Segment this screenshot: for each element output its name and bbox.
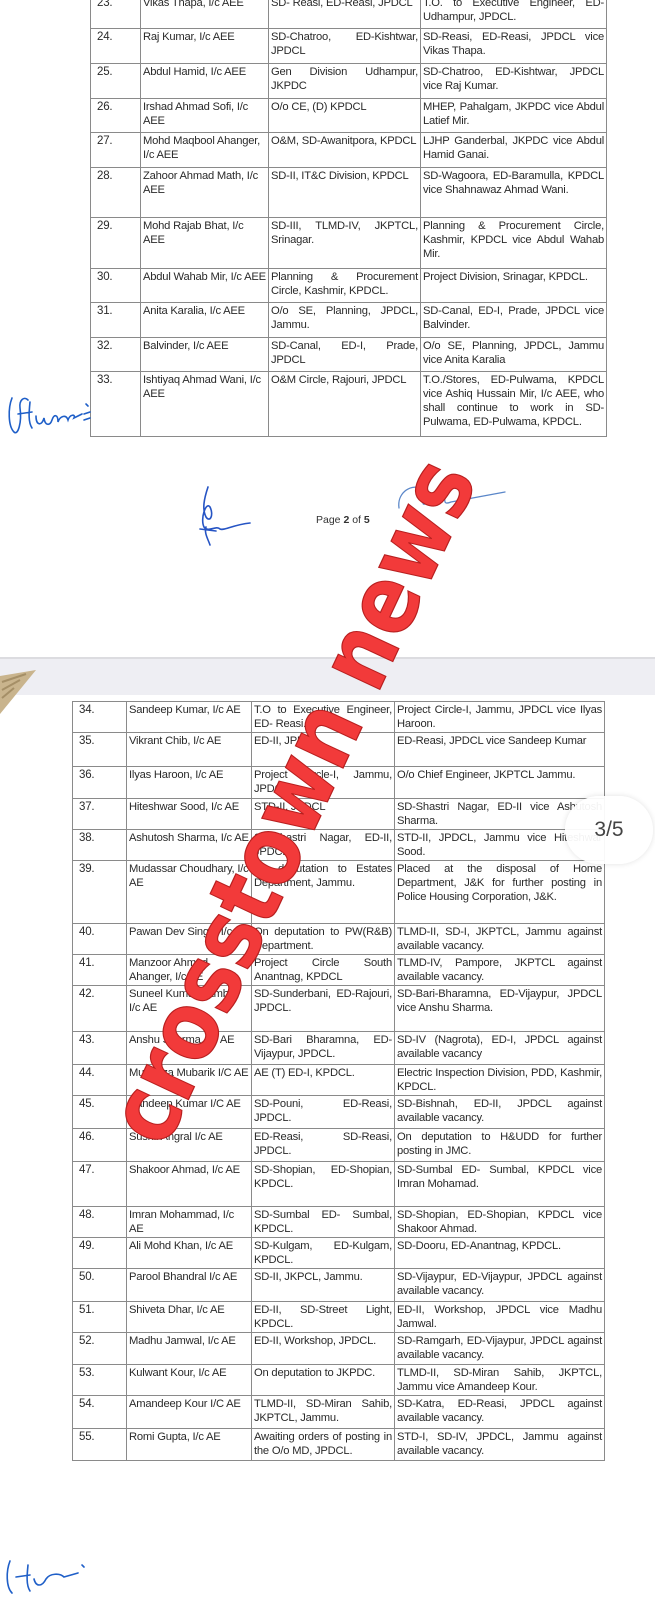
officer-name-cell: Abdul Wahab Mir, I/c AEE <box>141 269 269 303</box>
new-posting-cell: T.O. to Executive Engineer, ED-Udhampur,… <box>421 0 607 29</box>
present-posting-cell: On deputation to Estates Department, Jam… <box>252 861 395 924</box>
table-row: 31.Anita Karalia, I/c AEEO/o SE, Plannin… <box>91 303 607 338</box>
present-posting-cell: ED-Reasi, SD-Reasi, JPDCL. <box>252 1129 395 1162</box>
table-row: 30.Abdul Wahab Mir, I/c AEEPlanning & Pr… <box>91 269 607 303</box>
present-posting-cell: O&M Circle, Rajouri, JPDCL <box>269 372 421 437</box>
officer-name-cell: Romi Gupta, I/c AE <box>127 1429 252 1461</box>
serial-number-cell: 28. <box>91 168 141 218</box>
present-posting-cell: O/o CE, (D) KPDCL <box>269 99 421 133</box>
serial-number-cell: 40. <box>73 924 127 955</box>
new-posting-cell: SD-Vijaypur, ED-Vijaypur, JPDCL against … <box>395 1269 605 1302</box>
new-posting-cell: ED-Reasi, JPDCL vice Sandeep Kumar <box>395 733 605 767</box>
officer-name-cell: Raj Kumar, I/c AEE <box>141 29 269 64</box>
new-posting-cell: MHEP, Pahalgam, JKPDC vice Abdul Latief … <box>421 99 607 133</box>
handwritten-initials-bottom-icon <box>2 1557 92 1597</box>
table-row: 32.Balvinder, I/c AEESD-Canal, ED-I, Pra… <box>91 338 607 372</box>
table-row: 27.Mohd Maqbool Ahanger, I/c AEEO&M, SD-… <box>91 133 607 168</box>
serial-number-cell: 29. <box>91 218 141 269</box>
officer-name-cell: Manzoor Ahmad Ahanger, I/c AE <box>127 955 252 986</box>
serial-number-cell: 35. <box>73 733 127 767</box>
present-posting-cell: Gen Division Udhampur, JKPDC <box>269 64 421 99</box>
serial-number-cell: 33. <box>91 372 141 437</box>
new-posting-cell: SD-Katra, ED-Reasi, JPDCL against availa… <box>395 1396 605 1429</box>
new-posting-cell: Planning & Procurement Circle, Kashmir, … <box>421 218 607 269</box>
serial-number-cell: 50. <box>73 1269 127 1302</box>
new-posting-cell: STD-I, SD-IV, JPDCL, Jammu against avail… <box>395 1429 605 1461</box>
officer-name-cell: Balvinder, I/c AEE <box>141 338 269 372</box>
new-posting-cell: LJHP Ganderbal, JKPDC vice Abdul Hamid G… <box>421 133 607 168</box>
serial-number-cell: 46. <box>73 1129 127 1162</box>
new-posting-cell: SD-Bishnah, ED-II, JPDCL against availab… <box>395 1096 605 1129</box>
officer-name-cell: Irshad Ahmad Sofi, I/c AEE <box>141 99 269 133</box>
table-row: 45.Sandeep Kumar I/C AESD-Pouni, ED-Reas… <box>73 1096 605 1129</box>
present-posting-cell: SD-Sunderbani, ED-Rajouri, JPDCL. <box>252 986 395 1032</box>
present-posting-cell: T.O to Executive Engineer, ED- Reasi. <box>252 702 395 733</box>
present-posting-cell: On deputation to JKPDC. <box>252 1365 395 1396</box>
new-posting-cell: SD-Bari-Bharamna, ED-Vijaypur, JPDCL vic… <box>395 986 605 1032</box>
present-posting-cell: On deputation to PW(R&B) Department. <box>252 924 395 955</box>
serial-number-cell: 55. <box>73 1429 127 1461</box>
background-object-icon <box>0 670 36 720</box>
serial-number-cell: 38. <box>73 830 127 861</box>
transfer-table-page-2: 23.Vikas Thapa, I/c AEESD- Reasi, ED-Rea… <box>90 0 607 437</box>
table-row: 33.Ishtiyaq Ahmad Wani, I/c AEEO&M Circl… <box>91 372 607 437</box>
table-row: 42.Suneel Kumar Bamba, I/c AESD-Sunderba… <box>73 986 605 1032</box>
serial-number-cell: 53. <box>73 1365 127 1396</box>
table-row: 44.Munnaza Mubarik I/C AEAE (T) ED-I, KP… <box>73 1065 605 1096</box>
officer-name-cell: Anshu Sharma, I/c AE <box>127 1032 252 1065</box>
present-posting-cell: O&M, SD-Awanitpora, KPDCL <box>269 133 421 168</box>
serial-number-cell: 47. <box>73 1162 127 1207</box>
new-posting-cell: Project Circle-I, Jammu, JPDCL vice Ilya… <box>395 702 605 733</box>
serial-number-cell: 27. <box>91 133 141 168</box>
officer-name-cell: Munnaza Mubarik I/C AE <box>127 1065 252 1096</box>
officer-name-cell: Parool Bhandral I/c AE <box>127 1269 252 1302</box>
new-posting-cell: Placed at the disposal of Home Departmen… <box>395 861 605 924</box>
serial-number-cell: 42. <box>73 986 127 1032</box>
serial-number-cell: 25. <box>91 64 141 99</box>
officer-name-cell: Hiteshwar Sood, I/c AE <box>127 799 252 830</box>
transfer-table-page-3: 34.Sandeep Kumar, I/c AET.O to Executive… <box>72 701 605 1461</box>
table-row: 25.Abdul Hamid, I/c AEEGen Division Udha… <box>91 64 607 99</box>
present-posting-cell: SD-Kulgam, ED-Kulgam, KPDCL. <box>252 1238 395 1269</box>
officer-name-cell: Imran Mohammad, I/c AE <box>127 1207 252 1238</box>
officer-name-cell: Zahoor Ahmad Math, I/c AEE <box>141 168 269 218</box>
new-posting-cell: TLMD-IV, Pampore, JKPTCL against availab… <box>395 955 605 986</box>
officer-name-cell: Sandeep Kumar I/C AE <box>127 1096 252 1129</box>
page-indicator-badge: 3/5 <box>565 796 653 864</box>
officer-name-cell: Amandeep Kour I/C AE <box>127 1396 252 1429</box>
table-row: 40.Pawan Dev Singh, I/c AEOn deputation … <box>73 924 605 955</box>
serial-number-cell: 26. <box>91 99 141 133</box>
table-row: 55.Romi Gupta, I/c AEAwaiting orders of … <box>73 1429 605 1461</box>
new-posting-cell: O/o SE, Planning, JPDCL, Jammu vice Anit… <box>421 338 607 372</box>
new-posting-cell: Electric Inspection Division, PDD, Kashm… <box>395 1065 605 1096</box>
serial-number-cell: 51. <box>73 1302 127 1333</box>
page-footer: Page 2 of 5 <box>316 514 370 526</box>
page-separator <box>0 657 655 697</box>
serial-number-cell: 52. <box>73 1333 127 1365</box>
present-posting-cell: SD-Pouni, ED-Reasi, JPDCL. <box>252 1096 395 1129</box>
officer-name-cell: Pawan Dev Singh, I/c AE <box>127 924 252 955</box>
present-posting-cell: SD-Sumbal ED- Sumbal, KPDCL. <box>252 1207 395 1238</box>
table-row: 24.Raj Kumar, I/c AEESD-Chatroo, ED-Kish… <box>91 29 607 64</box>
present-posting-cell: SD-Bari Bharamna, ED-Vijaypur, JPDCL. <box>252 1032 395 1065</box>
present-posting-cell: SD-Chatroo, ED-Kishtwar, JPDCL <box>269 29 421 64</box>
footer-of: of <box>349 514 364 526</box>
table-row: 41.Manzoor Ahmad Ahanger, I/c AEProject … <box>73 955 605 986</box>
officer-name-cell: Mohd Maqbool Ahanger, I/c AEE <box>141 133 269 168</box>
footer-prefix: Page <box>316 514 343 526</box>
officer-name-cell: Abdul Hamid, I/c AEE <box>141 64 269 99</box>
serial-number-cell: 37. <box>73 799 127 830</box>
table-row: 35.Vikrant Chib, I/c AEED-II, JPDCLED-Re… <box>73 733 605 767</box>
present-posting-cell: SD-II, JKPCL, Jammu. <box>252 1269 395 1302</box>
officer-name-cell: Ashutosh Sharma, I/c AE <box>127 830 252 861</box>
present-posting-cell: Project Circle-I, Jammu, JPDCL <box>252 767 395 799</box>
officer-name-cell: Mohd Rajab Bhat, I/c AEE <box>141 218 269 269</box>
table-row: 53.Kulwant Kour, I/c AEOn deputation to … <box>73 1365 605 1396</box>
present-posting-cell: SD-Canal, ED-I, Prade, JPDCL <box>269 338 421 372</box>
present-posting-cell: SD-Shopian, ED-Shopian, KPDCL. <box>252 1162 395 1207</box>
new-posting-cell: SD-Wagoora, ED-Baramulla, KPDCL vice Sha… <box>421 168 607 218</box>
new-posting-cell: TLMD-II, SD-Miran Sahib, JKPTCL, Jammu v… <box>395 1365 605 1396</box>
officer-name-cell: Kulwant Kour, I/c AE <box>127 1365 252 1396</box>
serial-number-cell: 34. <box>73 702 127 733</box>
officer-name-cell: Shiveta Dhar, I/c AE <box>127 1302 252 1333</box>
table-row: 38.Ashutosh Sharma, I/c AESD-Shastri Nag… <box>73 830 605 861</box>
new-posting-cell: SD-Dooru, ED-Anantnag, KPDCL. <box>395 1238 605 1269</box>
table-row: 34.Sandeep Kumar, I/c AET.O to Executive… <box>73 702 605 733</box>
officer-name-cell: Shakoor Ahmad, I/c AE <box>127 1162 252 1207</box>
new-posting-cell: SD-Canal, ED-I, Prade, JPDCL vice Balvin… <box>421 303 607 338</box>
new-posting-cell: T.O./Stores, ED-Pulwama, KPDCL vice Ashi… <box>421 372 607 437</box>
serial-number-cell: 49. <box>73 1238 127 1269</box>
new-posting-cell: SD-Ramgarh, ED-Vijaypur, JPDCL against a… <box>395 1333 605 1365</box>
serial-number-cell: 23. <box>91 0 141 29</box>
table-row: 49.Ali Mohd Khan, I/c AESD-Kulgam, ED-Ku… <box>73 1238 605 1269</box>
table-row: 54.Amandeep Kour I/C AETLMD-II, SD-Miran… <box>73 1396 605 1429</box>
officer-name-cell: Sandeep Kumar, I/c AE <box>127 702 252 733</box>
serial-number-cell: 45. <box>73 1096 127 1129</box>
present-posting-cell: ED-II, Workshop, JPDCL. <box>252 1333 395 1365</box>
new-posting-cell: SD-IV (Nagrota), ED-I, JPDCL against ava… <box>395 1032 605 1065</box>
officer-name-cell: Anita Karalia, I/c AEE <box>141 303 269 338</box>
serial-number-cell: 24. <box>91 29 141 64</box>
serial-number-cell: 31. <box>91 303 141 338</box>
table-row: 50.Parool Bhandral I/c AESD-II, JKPCL, J… <box>73 1269 605 1302</box>
officer-name-cell: Ali Mohd Khan, I/c AE <box>127 1238 252 1269</box>
present-posting-cell: TLMD-II, SD-Miran Sahib, JKPTCL, Jammu. <box>252 1396 395 1429</box>
document-page-3: 34.Sandeep Kumar, I/c AET.O to Executive… <box>0 695 655 1600</box>
serial-number-cell: 44. <box>73 1065 127 1096</box>
serial-number-cell: 43. <box>73 1032 127 1065</box>
footer-total-pages: 5 <box>364 514 370 526</box>
serial-number-cell: 48. <box>73 1207 127 1238</box>
table-row: 37.Hiteshwar Sood, I/c AESTD-II, JPDCLSD… <box>73 799 605 830</box>
new-posting-cell: ED-II, Workshop, JPDCL vice Madhu Jamwal… <box>395 1302 605 1333</box>
table-row: 47.Shakoor Ahmad, I/c AESD-Shopian, ED-S… <box>73 1162 605 1207</box>
serial-number-cell: 32. <box>91 338 141 372</box>
new-posting-cell: TLMD-II, SD-I, JKPTCL, Jammu against ava… <box>395 924 605 955</box>
table-row: 36.Ilyas Haroon, I/c AEProject Circle-I,… <box>73 767 605 799</box>
present-posting-cell: SD-II, IT&C Division, KPDCL <box>269 168 421 218</box>
present-posting-cell: Project Circle South Anantnag, KPDCL <box>252 955 395 986</box>
present-posting-cell: SD- Reasi, ED-Reasi, JPDCL <box>269 0 421 29</box>
present-posting-cell: AE (T) ED-I, KPDCL. <box>252 1065 395 1096</box>
document-page-2: 23.Vikas Thapa, I/c AEESD- Reasi, ED-Rea… <box>0 0 655 657</box>
table-row: 29.Mohd Rajab Bhat, I/c AEESD-III, TLMD-… <box>91 218 607 269</box>
present-posting-cell: STD-II, JPDCL <box>252 799 395 830</box>
table-row: 46.Sushil Angral I/c AEED-Reasi, SD-Reas… <box>73 1129 605 1162</box>
present-posting-cell: Planning & Procurement Circle, Kashmir, … <box>269 269 421 303</box>
officer-name-cell: Vikas Thapa, I/c AEE <box>141 0 269 29</box>
officer-name-cell: Mudassar Choudhary, I/c AE <box>127 861 252 924</box>
serial-number-cell: 54. <box>73 1396 127 1429</box>
officer-signature-icon <box>190 485 260 547</box>
table-row: 28.Zahoor Ahmad Math, I/c AEESD-II, IT&C… <box>91 168 607 218</box>
serial-number-cell: 39. <box>73 861 127 924</box>
serial-number-cell: 36. <box>73 767 127 799</box>
table-row: 26.Irshad Ahmad Sofi, I/c AEEO/o CE, (D)… <box>91 99 607 133</box>
table-row: 51.Shiveta Dhar, I/c AEED-II, SD-Street … <box>73 1302 605 1333</box>
new-posting-cell: O/o Chief Engineer, JKPTCL Jammu. <box>395 767 605 799</box>
new-posting-cell: SD-Shopian, ED-Shopian, KPDCL vice Shako… <box>395 1207 605 1238</box>
table-row: 43.Anshu Sharma, I/c AESD-Bari Bharamna,… <box>73 1032 605 1065</box>
present-posting-cell: O/o SE, Planning, JPDCL, Jammu. <box>269 303 421 338</box>
present-posting-cell: ED-II, SD-Street Light, KPDCL. <box>252 1302 395 1333</box>
new-posting-cell: On deputation to H&UDD for further posti… <box>395 1129 605 1162</box>
officer-name-cell: Suneel Kumar Bamba, I/c AE <box>127 986 252 1032</box>
officer-name-cell: Ilyas Haroon, I/c AE <box>127 767 252 799</box>
present-posting-cell: Awaiting orders of posting in the O/o MD… <box>252 1429 395 1461</box>
table-row: 23.Vikas Thapa, I/c AEESD- Reasi, ED-Rea… <box>91 0 607 29</box>
table-row: 48.Imran Mohammad, I/c AESD-Sumbal ED- S… <box>73 1207 605 1238</box>
new-posting-cell: SD-Reasi, ED-Reasi, JPDCL vice Vikas Tha… <box>421 29 607 64</box>
present-posting-cell: ED-II, JPDCL <box>252 733 395 767</box>
present-posting-cell: SD-III, TLMD-IV, JKPTCL, Srinagar. <box>269 218 421 269</box>
officer-name-cell: Sushil Angral I/c AE <box>127 1129 252 1162</box>
table-row: 39.Mudassar Choudhary, I/c AEOn deputati… <box>73 861 605 924</box>
handwritten-initials-signature-icon <box>4 392 94 440</box>
table-row: 52.Madhu Jamwal, I/c AEED-II, Workshop, … <box>73 1333 605 1365</box>
officer-name-cell: Ishtiyaq Ahmad Wani, I/c AEE <box>141 372 269 437</box>
countersignature-icon <box>395 478 515 514</box>
serial-number-cell: 30. <box>91 269 141 303</box>
officer-name-cell: Vikrant Chib, I/c AE <box>127 733 252 767</box>
new-posting-cell: Project Division, Srinagar, KPDCL. <box>421 269 607 303</box>
present-posting-cell: SD-Shastri Nagar, ED-II, JPDCL <box>252 830 395 861</box>
new-posting-cell: SD-Chatroo, ED-Kishtwar, JPDCL vice Raj … <box>421 64 607 99</box>
new-posting-cell: SD-Sumbal ED- Sumbal, KPDCL vice Imran M… <box>395 1162 605 1207</box>
page-indicator-text: 3/5 <box>594 818 623 842</box>
serial-number-cell: 41. <box>73 955 127 986</box>
officer-name-cell: Madhu Jamwal, I/c AE <box>127 1333 252 1365</box>
